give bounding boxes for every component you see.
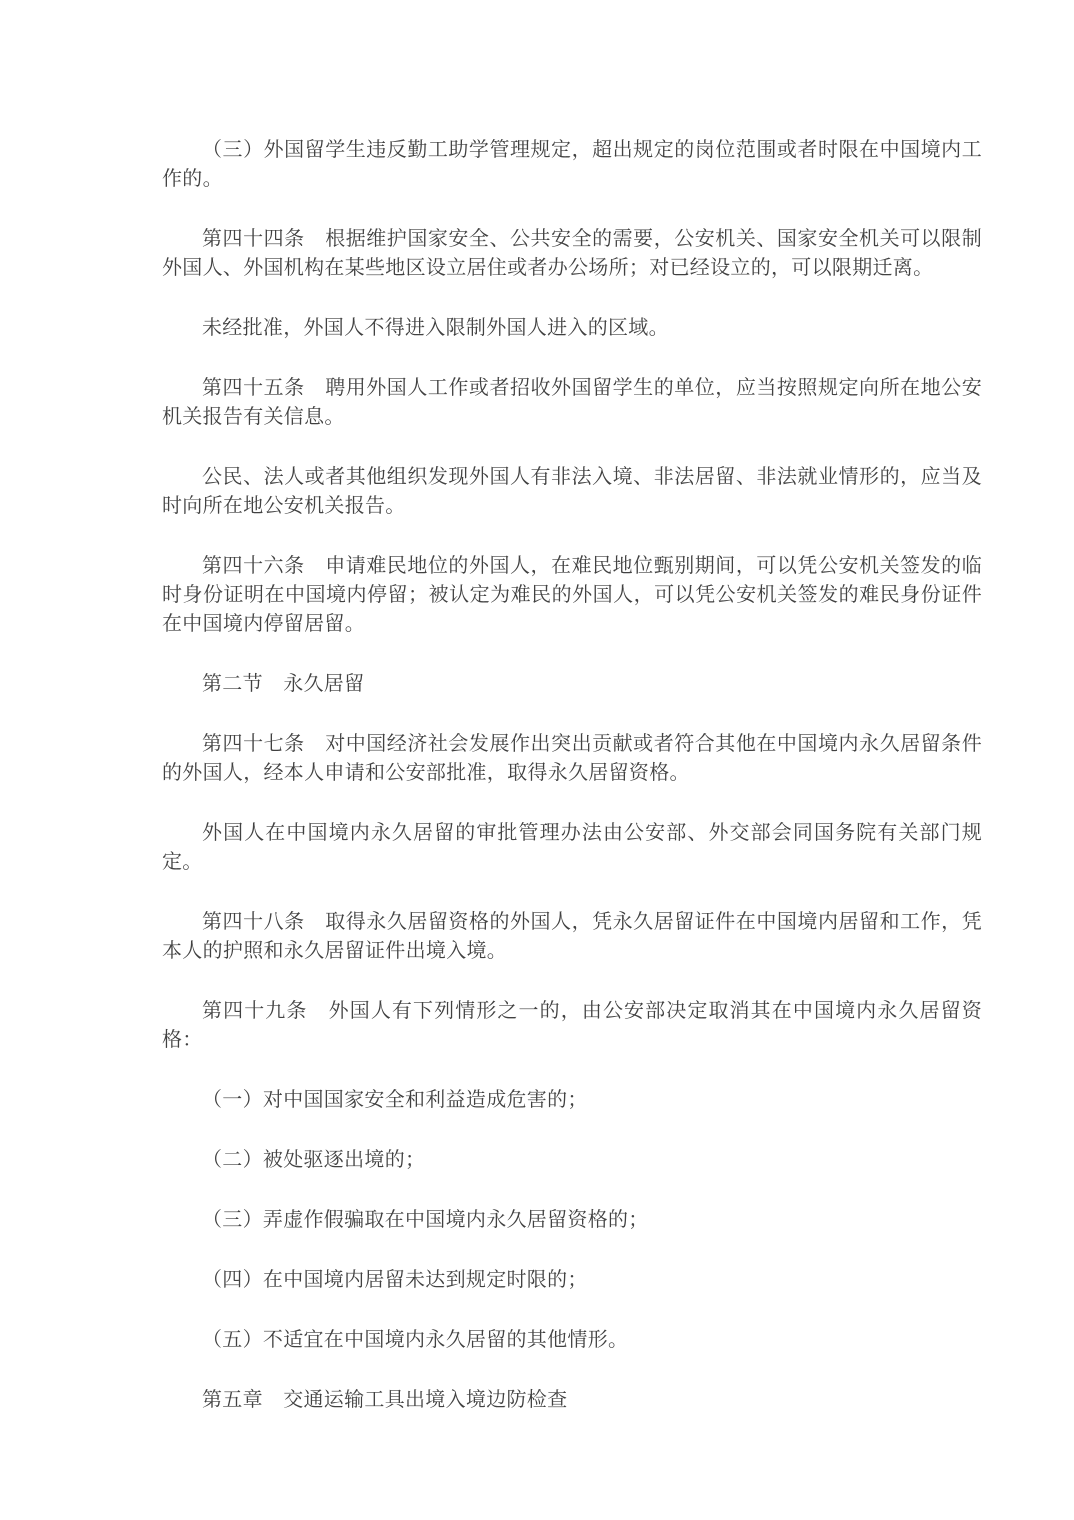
- paragraph: 第五章 交通运输工具出境入境边防检查: [162, 1386, 982, 1415]
- paragraph: （一）对中国国家安全和利益造成危害的；: [162, 1086, 982, 1115]
- document-body: （三）外国留学生违反勤工助学管理规定，超出规定的岗位范围或者时限在中国境内工作的…: [162, 136, 982, 1415]
- paragraph: 第四十七条 对中国经济社会发展作出突出贡献或者符合其他在中国境内永久居留条件的外…: [162, 730, 982, 788]
- paragraph: 第四十五条 聘用外国人工作或者招收外国留学生的单位，应当按照规定向所在地公安机关…: [162, 374, 982, 432]
- document-page: （三）外国留学生违反勤工助学管理规定，超出规定的岗位范围或者时限在中国境内工作的…: [0, 0, 1074, 1520]
- paragraph: （五）不适宜在中国境内永久居留的其他情形。: [162, 1326, 982, 1355]
- paragraph: 第四十六条 申请难民地位的外国人，在难民地位甄别期间，可以凭公安机关签发的临时身…: [162, 552, 982, 639]
- paragraph: （三）弄虚作假骗取在中国境内永久居留资格的；: [162, 1206, 982, 1235]
- paragraph: 公民、法人或者其他组织发现外国人有非法入境、非法居留、非法就业情形的，应当及时向…: [162, 463, 982, 521]
- paragraph: （二）被处驱逐出境的；: [162, 1146, 982, 1175]
- paragraph: 第二节 永久居留: [162, 670, 982, 699]
- paragraph: （三）外国留学生违反勤工助学管理规定，超出规定的岗位范围或者时限在中国境内工作的…: [162, 136, 982, 194]
- paragraph: 第四十四条 根据维护国家安全、公共安全的需要，公安机关、国家安全机关可以限制外国…: [162, 225, 982, 283]
- paragraph: 未经批准，外国人不得进入限制外国人进入的区域。: [162, 314, 982, 343]
- paragraph: 第四十八条 取得永久居留资格的外国人，凭永久居留证件在中国境内居留和工作，凭本人…: [162, 908, 982, 966]
- paragraph: 外国人在中国境内永久居留的审批管理办法由公安部、外交部会同国务院有关部门规定。: [162, 819, 982, 877]
- paragraph: 第四十九条 外国人有下列情形之一的，由公安部决定取消其在中国境内永久居留资格：: [162, 997, 982, 1055]
- paragraph: （四）在中国境内居留未达到规定时限的；: [162, 1266, 982, 1295]
